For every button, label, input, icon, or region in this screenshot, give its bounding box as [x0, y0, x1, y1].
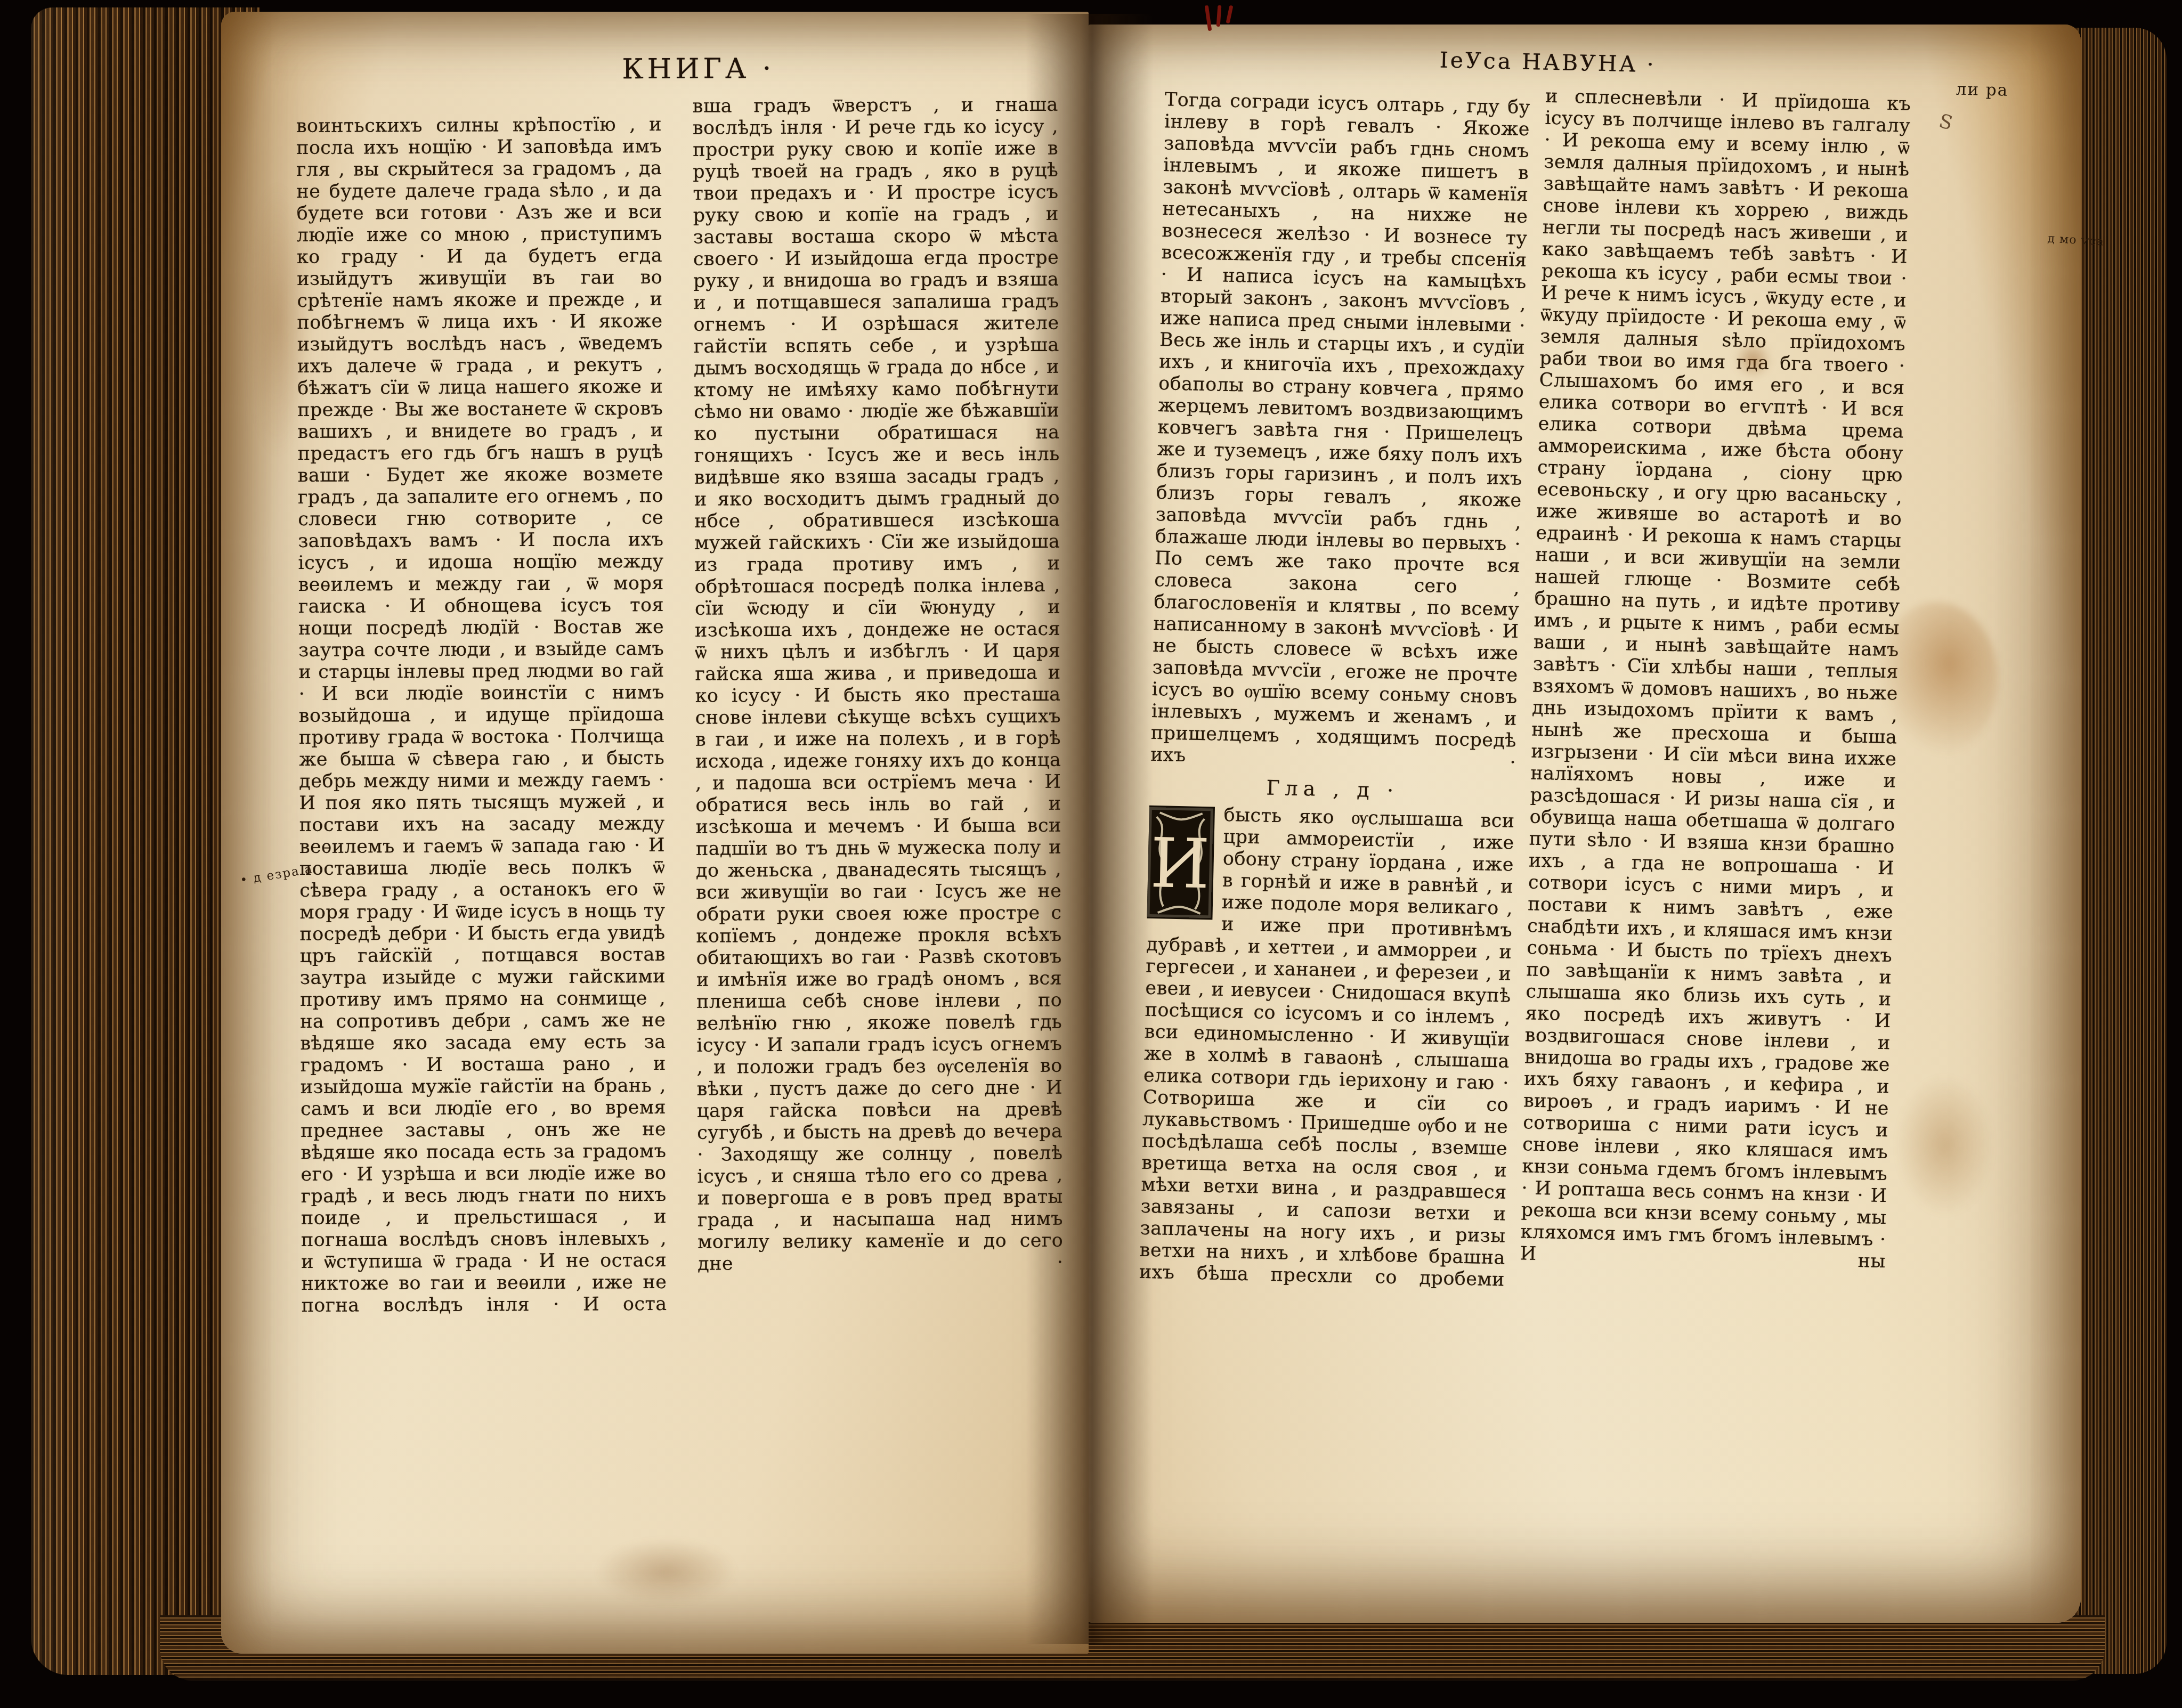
handwritten-mark: Ѕ	[1936, 110, 1955, 135]
left-page: КНИГА · воинтьскихъ силны крѣпостїю , и …	[221, 12, 1089, 1654]
chapter-heading: Гла , д ·	[1149, 775, 1515, 804]
text-column-4: и сплесневѣли · И прїидоша къ ісусу въ п…	[1516, 86, 1911, 1462]
initial-letter: И	[1147, 807, 1213, 918]
text-column-2: вша градъ ѿверстъ , и гнаша вослѣдъ інля…	[693, 94, 1064, 1492]
chapter-opening-paragraph: И бысть яко ѹслышаша вси цри аммореистїи…	[1139, 803, 1515, 1291]
text-column-1: воинтьскихъ силны крѣпостїю , и посла их…	[296, 114, 668, 1493]
text-column-3: Тогда согради ісусъ олтарь , гду бу інле…	[1135, 89, 1530, 1466]
page-stack-right-edge	[2072, 28, 2167, 1674]
running-title-right: ІеУса НАВУНА ·	[1439, 47, 1656, 77]
folio-number: ли ра	[1956, 80, 2008, 100]
right-page: ІеУса НАВУНА · ли ра Ѕ Тогда согради ісу…	[1089, 25, 2081, 1623]
column-3-part-1: Тогда согради ісусъ олтарь , гду бу інле…	[1150, 89, 1531, 774]
margin-note-right: д мо ѵса	[2047, 232, 2104, 249]
ornamental-initial-block: И	[1147, 807, 1213, 918]
right-page-text-layer: ІеУса НАВУНА · ли ра Ѕ Тогда согради ісу…	[1054, 25, 2081, 1644]
left-page-text-layer: КНИГА · воинтьскихъ силны крѣпостїю , и …	[221, 10, 1096, 1655]
running-title-left: КНИГА ·	[622, 53, 775, 85]
